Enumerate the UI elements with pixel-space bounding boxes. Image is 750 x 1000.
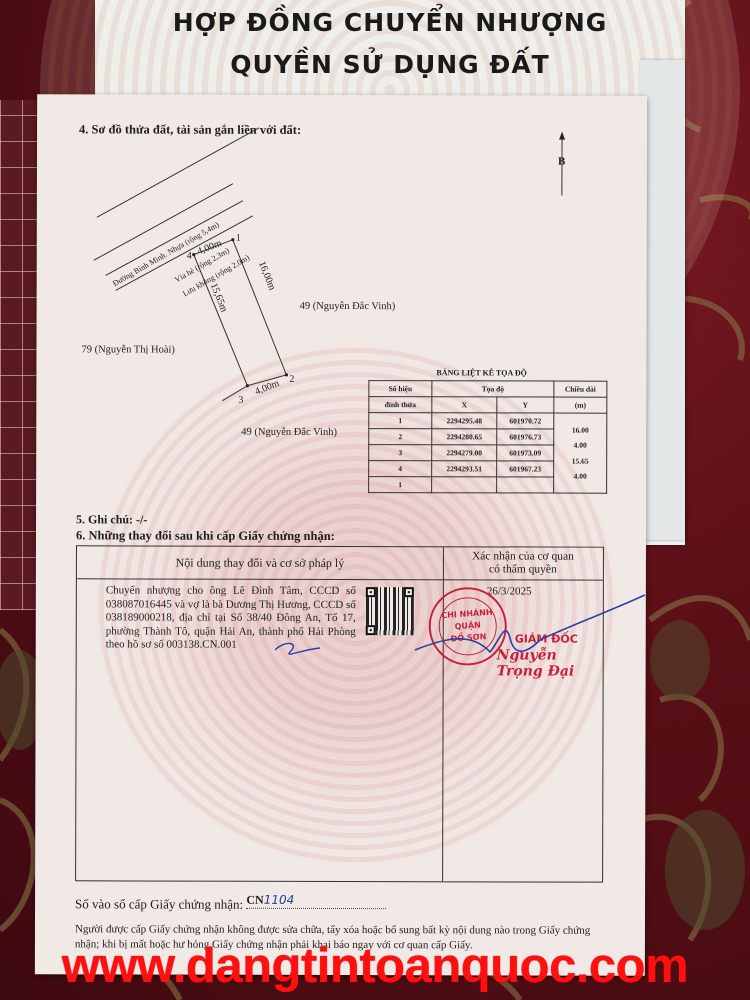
- col-y: Y: [497, 397, 554, 413]
- col-coords: Tọa độ: [432, 381, 554, 397]
- official-name: Nguyễn Trọng Đại: [497, 647, 603, 679]
- changes-col-authority: Xác nhận của cơ quan có thẩm quyền: [443, 550, 603, 576]
- neighbor-label-west: 79 (Nguyễn Thị Hoài): [81, 344, 175, 355]
- col-vertex-l1: Số hiệu: [369, 381, 432, 397]
- vertex-label-1: 1: [236, 233, 241, 244]
- cutting-mat: [0, 100, 40, 610]
- coordinate-table: Số hiệu Tọa độ Chiều dài đỉnh thửa X Y (…: [368, 380, 607, 494]
- changes-table: Nội dung thay đổi và cơ sở pháp lý Xác n…: [75, 545, 604, 882]
- col-vertex-l2: đỉnh thửa: [369, 397, 432, 413]
- col-length-l1: Chiều dài: [554, 381, 607, 397]
- change-entry-text: Chuyển nhượng cho ông Lê Đình Tâm, CCCD …: [106, 584, 356, 652]
- website-watermark: www.dangtintoanquoc.com: [0, 938, 750, 994]
- registry-label: Số vào sổ cấp Giấy chứng nhận:: [75, 896, 243, 911]
- vertex-label-3: 3: [238, 395, 243, 406]
- edge-label-2-3: 4,00m: [253, 378, 281, 398]
- neighbor-label-south: 49 (Nguyễn Đắc Vinh): [241, 427, 337, 438]
- coord-table-title: BẢNG LIỆT KÊ TỌA ĐỘ: [436, 368, 526, 377]
- vertex-label-4: 4: [187, 251, 192, 262]
- section6-heading: 6. Những thay đổi sau khi cấp Giấy chứng…: [76, 528, 335, 544]
- neighbor-label-east: 49 (Nguyễn Đắc Vinh): [300, 301, 396, 312]
- confirmation-date: 26/3/2025: [487, 585, 532, 597]
- table-row: 1 2294295.48 601970.72 16.00 4.00 15.65 …: [369, 413, 607, 430]
- svg-text:B: B: [558, 156, 566, 168]
- registry-number-line: Số vào sổ cấp Giấy chứng nhận: CN1104: [75, 896, 386, 913]
- col-x: X: [432, 397, 497, 413]
- land-certificate-page: 4. Sơ đồ thửa đất, tài sản gắn liền với …: [35, 94, 647, 976]
- section5-note: 5. Ghi chú: -/-: [76, 512, 147, 527]
- length-cell: 16.00 4.00 15.65 4.00: [554, 413, 607, 493]
- official-title: GIÁM ĐỐC: [515, 632, 578, 645]
- edge-label-1-2: 16,00m: [256, 260, 278, 292]
- contract-title-line2: QUYỀN SỬ DỤNG ĐẤT: [95, 50, 685, 79]
- vertex-label-2: 2: [289, 374, 294, 385]
- contract-title-line1: HỢP ĐỒNG CHUYỂN NHƯỢNG: [95, 8, 685, 37]
- qr-code-icon: [366, 587, 414, 635]
- north-arrow-icon: B: [558, 132, 566, 196]
- changes-col-content: Nội dung thay đổi và cơ sở pháp lý: [77, 555, 443, 571]
- registry-number: CN1104: [246, 893, 294, 908]
- col-length-l2: (m): [554, 397, 607, 413]
